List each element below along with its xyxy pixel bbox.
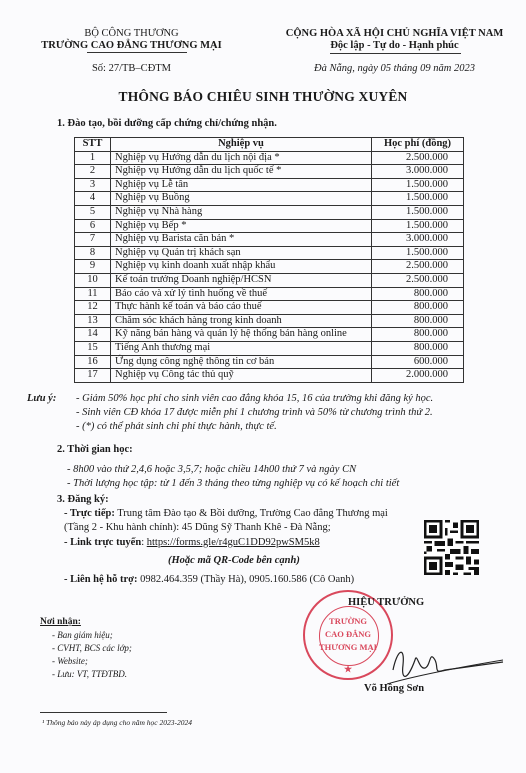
- table-row: 8Nghiệp vụ Quản trị khách sạn1.500.000: [75, 246, 464, 260]
- table-row: 14Kỹ năng bán hàng và quản lý hệ thống b…: [75, 328, 464, 342]
- table-row: 16Ứng dụng công nghệ thông tin cơ bản600…: [75, 355, 464, 369]
- course-fee: 2.000.000: [372, 369, 464, 383]
- course-fee: 2.500.000: [372, 273, 464, 287]
- course-fee: 800.000: [372, 287, 464, 301]
- document-number: Số: 27/TB–CĐTM: [0, 63, 263, 74]
- column-header-course: Nghiệp vụ: [111, 138, 372, 152]
- row-number: 8: [75, 246, 111, 260]
- note-item: - Giảm 50% học phí cho sinh viên cao đẳn…: [76, 393, 433, 404]
- footnote-rule: [40, 712, 167, 713]
- course-fee: 800.000: [372, 328, 464, 342]
- course-fee: 1.500.000: [372, 219, 464, 233]
- course-name: Nghiệp vụ Barista căn bản *: [111, 233, 372, 247]
- table-row: 5Nghiệp vụ Nhà hàng1.500.000: [75, 205, 464, 219]
- schedule-item: - 8h00 vào thứ 2,4,6 hoặc 3,5,7; hoặc ch…: [67, 464, 356, 475]
- recipient-item: - Website;: [52, 656, 88, 666]
- course-fee: 1.500.000: [372, 178, 464, 192]
- online-registration: - Link trực tuyến: https://forms.gle/r4g…: [64, 537, 320, 548]
- support-label: - Liên hệ hỗ trợ:: [64, 574, 137, 585]
- course-fee: 600.000: [372, 355, 464, 369]
- course-name: Nghiệp vụ Buồng: [111, 192, 372, 206]
- direct-address-line2: (Tầng 2 - Khu hành chính): 45 Dũng Sỹ Th…: [64, 522, 331, 533]
- table-row: 9Nghiệp vụ kinh doanh xuất nhập khẩu2.50…: [75, 260, 464, 274]
- course-fee: 3.000.000: [372, 233, 464, 247]
- course-fee: 2.500.000: [372, 151, 464, 165]
- table-row: 10Kế toán trưởng Doanh nghiệp/HCSN2.500.…: [75, 273, 464, 287]
- section3-heading: 3. Đăng ký:: [57, 494, 109, 505]
- qr-note: (Hoặc mã QR-Code bên cạnh): [168, 555, 300, 566]
- fee-table: STT Nghiệp vụ Học phí (đồng) 1Nghiệp vụ …: [74, 137, 464, 383]
- course-name: Nghiệp vụ Lễ tân: [111, 178, 372, 192]
- row-number: 10: [75, 273, 111, 287]
- course-fee: 1.500.000: [372, 205, 464, 219]
- row-number: 9: [75, 260, 111, 274]
- signatory-title: HIỆU TRƯỞNG: [348, 597, 424, 608]
- stamp-line: TRƯỜNG: [305, 616, 391, 626]
- national-motto: Độc lập - Tự do - Hạnh phúc: [263, 40, 526, 51]
- course-name: Chăm sóc khách hàng trong kinh doanh: [111, 314, 372, 328]
- section1-heading: 1. Đào tạo, bồi dưỡng cấp chứng chỉ/chứn…: [57, 118, 277, 129]
- course-name: Báo cáo và xử lý tình huống về thuế: [111, 287, 372, 301]
- note-item: - Sinh viên CĐ khóa 17 được miễn phí 1 c…: [76, 407, 433, 418]
- row-number: 13: [75, 314, 111, 328]
- stamp-line: CAO ĐẲNG: [305, 629, 391, 639]
- row-number: 2: [75, 165, 111, 179]
- online-label: - Link trực tuyến: [64, 537, 141, 548]
- direct-label: - Trực tiếp:: [64, 508, 115, 519]
- stamp-line: THƯƠNG MẠI: [305, 642, 391, 652]
- recipients-heading: Nơi nhận:: [40, 617, 81, 627]
- school-underline: [87, 52, 187, 53]
- stamp-star-icon: ★: [305, 664, 391, 675]
- recipient-item: - CVHT, BCS các lớp;: [52, 643, 132, 653]
- footnote: ¹ Thông báo này áp dụng cho năm học 2023…: [42, 718, 192, 727]
- table-row: 2Nghiệp vụ Hướng dẫn du lịch quốc tế *3.…: [75, 165, 464, 179]
- registration-link[interactable]: https://forms.gle/r4guC1DD92pwSM5k8: [147, 537, 320, 548]
- table-row: 12Thực hành kế toán và báo cáo thuế800.0…: [75, 301, 464, 315]
- row-number: 15: [75, 341, 111, 355]
- course-fee: 3.000.000: [372, 165, 464, 179]
- row-number: 3: [75, 178, 111, 192]
- document-title: THÔNG BÁO CHIÊU SINH THƯỜNG XUYÊN: [0, 89, 526, 105]
- direct-registration: - Trực tiếp: Trung tâm Đào tạo & Bồi dưỡ…: [64, 508, 388, 519]
- row-number: 5: [75, 205, 111, 219]
- course-name: Nghiệp vụ Hướng dẫn du lịch quốc tế *: [111, 165, 372, 179]
- course-fee: 2.500.000: [372, 260, 464, 274]
- table-row: 4Nghiệp vụ Buồng1.500.000: [75, 192, 464, 206]
- course-fee: 800.000: [372, 314, 464, 328]
- signatory-name: Võ Hồng Sơn: [364, 683, 424, 694]
- course-name: Nghiệp vụ kinh doanh xuất nhập khẩu: [111, 260, 372, 274]
- row-number: 16: [75, 355, 111, 369]
- course-name: Ứng dụng công nghệ thông tin cơ bản: [111, 355, 372, 369]
- row-number: 17: [75, 369, 111, 383]
- direct-address: Trung tâm Đào tạo & Bồi dưỡng, Trường Ca…: [115, 508, 388, 519]
- support-phones: 0982.464.359 (Thầy Hà), 0905.160.586 (Cô…: [137, 574, 354, 585]
- table-row: 13Chăm sóc khách hàng trong kinh doanh80…: [75, 314, 464, 328]
- ministry-name: BỘ CÔNG THƯƠNG: [0, 28, 263, 39]
- qr-code-icon[interactable]: [424, 520, 479, 575]
- table-row: 11Báo cáo và xử lý tình huống về thuế800…: [75, 287, 464, 301]
- course-fee: 1.500.000: [372, 192, 464, 206]
- table-row: 17Nghiệp vụ Công tác thủ quỹ2.000.000: [75, 369, 464, 383]
- notes-label: Lưu ý:: [27, 393, 56, 404]
- row-number: 6: [75, 219, 111, 233]
- recipient-item: - Lưu: VT, TTĐTBD.: [52, 669, 127, 679]
- support-contact: - Liên hệ hỗ trợ: 0982.464.359 (Thầy Hà)…: [64, 574, 354, 585]
- row-number: 11: [75, 287, 111, 301]
- schedule-item: - Thời lượng học tập: từ 1 đến 3 tháng t…: [67, 478, 399, 489]
- course-name: Nghiệp vụ Hướng dẫn du lịch nội địa *: [111, 151, 372, 165]
- motto-underline: [330, 53, 461, 54]
- column-header-stt: STT: [75, 138, 111, 152]
- row-number: 1: [75, 151, 111, 165]
- course-name: Thực hành kế toán và báo cáo thuế: [111, 301, 372, 315]
- nation-name: CỘNG HÒA XÃ HỘI CHỦ NGHĨA VIỆT NAM: [263, 28, 526, 39]
- row-number: 12: [75, 301, 111, 315]
- row-number: 14: [75, 328, 111, 342]
- table-row: 7Nghiệp vụ Barista căn bản *3.000.000: [75, 233, 464, 247]
- course-name: Nghiệp vụ Quản trị khách sạn: [111, 246, 372, 260]
- table-row: 6Nghiệp vụ Bếp *1.500.000: [75, 219, 464, 233]
- note-item: - (*) có thể phát sinh chi phí thực hành…: [76, 421, 277, 432]
- section2-heading: 2. Thời gian học:: [57, 444, 133, 455]
- row-number: 7: [75, 233, 111, 247]
- course-name: Tiếng Anh thương mại: [111, 341, 372, 355]
- course-name: Nghiệp vụ Công tác thủ quỹ: [111, 369, 372, 383]
- course-fee: 800.000: [372, 301, 464, 315]
- course-fee: 1.500.000: [372, 246, 464, 260]
- column-header-fee: Học phí (đồng): [372, 138, 464, 152]
- course-name: Kỹ năng bán hàng và quản lý hệ thống bán…: [111, 328, 372, 342]
- course-name: Kế toán trưởng Doanh nghiệp/HCSN: [111, 273, 372, 287]
- course-fee: 800.000: [372, 341, 464, 355]
- table-row: 3Nghiệp vụ Lễ tân1.500.000: [75, 178, 464, 192]
- table-row: 15Tiếng Anh thương mại800.000: [75, 341, 464, 355]
- course-name: Nghiệp vụ Nhà hàng: [111, 205, 372, 219]
- recipient-item: - Ban giám hiệu;: [52, 630, 113, 640]
- row-number: 4: [75, 192, 111, 206]
- table-row: 1Nghiệp vụ Hướng dẫn du lịch nội địa *2.…: [75, 151, 464, 165]
- course-name: Nghiệp vụ Bếp *: [111, 219, 372, 233]
- school-name: TRƯỜNG CAO ĐẲNG THƯƠNG MẠI: [0, 40, 263, 51]
- place-date: Đà Nẵng, ngày 05 tháng 09 năm 2023: [263, 63, 526, 74]
- table-header-row: STT Nghiệp vụ Học phí (đồng): [75, 138, 464, 152]
